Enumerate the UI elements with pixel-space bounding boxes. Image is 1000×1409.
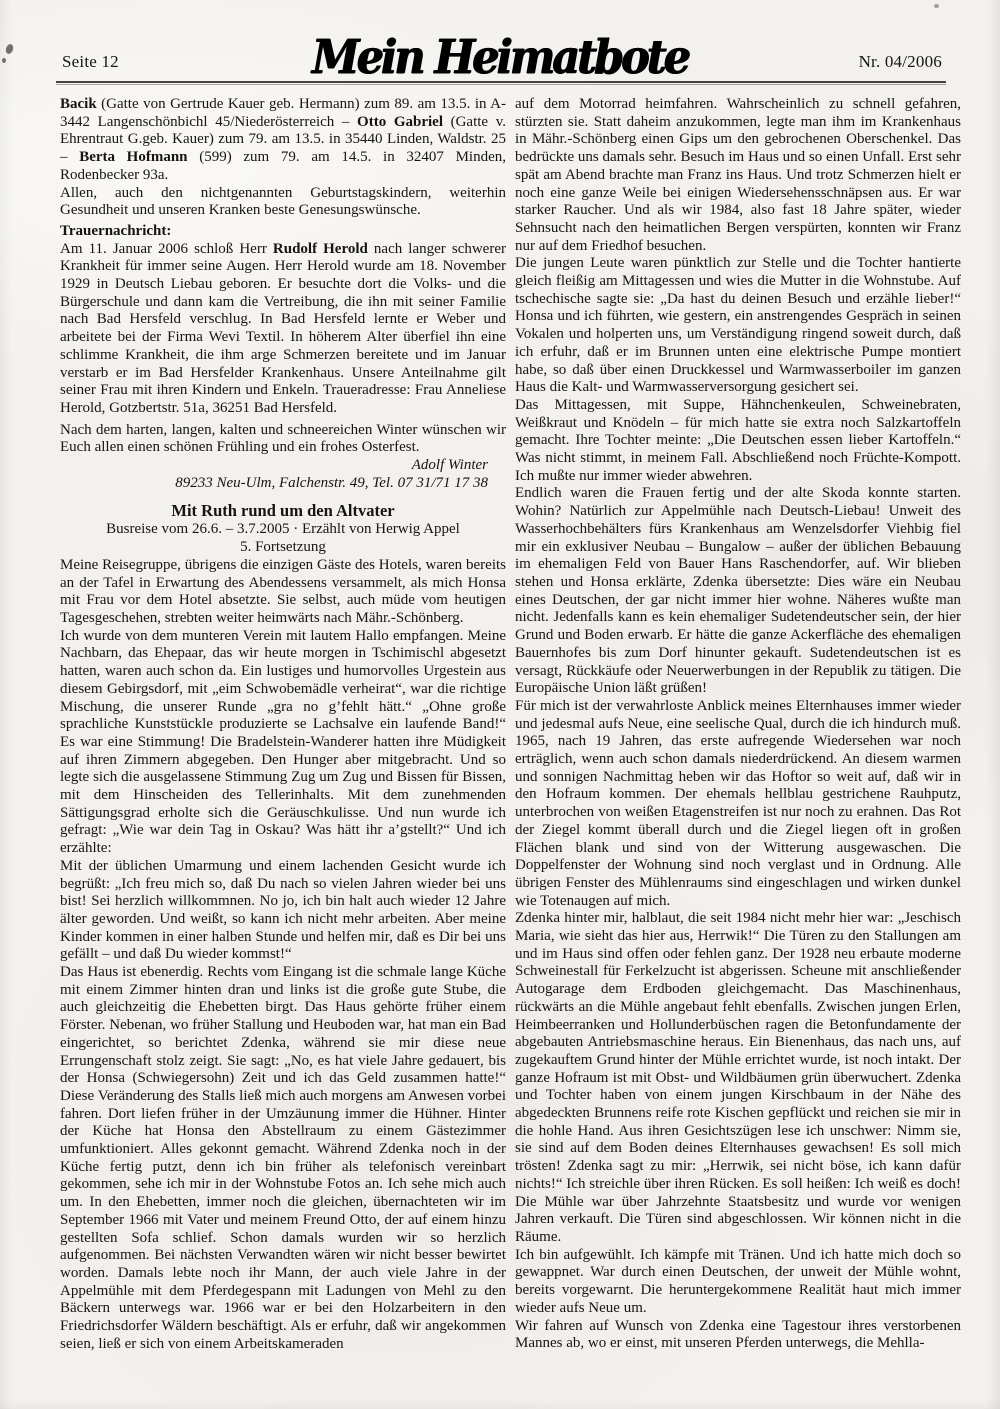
- header-divider: [56, 81, 946, 85]
- page-header: Seite 12 Mein Heimatbote Nr. 04/2006: [0, 0, 1000, 81]
- issue-number-label: Nr. 04/2006: [859, 52, 942, 72]
- paragraph: Das Haus ist ebenerdig. Rechts vom Einga…: [60, 964, 506, 1353]
- subheading-paragraph: 5. Fortsetzung: [60, 539, 506, 557]
- masthead-title: Mein Heimatbote: [0, 35, 1000, 81]
- paragraph: Für mich ist der verwahrloste Anblick me…: [515, 698, 961, 910]
- label-paragraph: Trauernachricht:: [60, 223, 506, 241]
- paragraph: Ich bin aufgewühlt. Ich kämpfe mit Träne…: [515, 1247, 961, 1318]
- paragraph: Die jungen Leute waren pünktlich zur Ste…: [515, 255, 961, 397]
- paragraph: Mit der üblichen Umarmung und einem lach…: [60, 858, 506, 964]
- paragraph: Nach dem harten, langen, kalten und schn…: [60, 422, 506, 457]
- article-body: Bacik (Gatte von Gertrude Kauer geb. Her…: [60, 96, 961, 1354]
- paragraph: auf dem Motorrad heimfahren. Wahrscheinl…: [515, 96, 961, 255]
- paragraph: Meine Reisegruppe, übrigens die einzigen…: [60, 557, 506, 628]
- paragraph: Am 11. Januar 2006 schloß Herr Rudolf He…: [60, 241, 506, 418]
- paragraph: Ich wurde von dem munteren Verein mit la…: [60, 628, 506, 858]
- signature-paragraph: 89233 Neu-Ulm, Falchenstr. 49, Tel. 07 3…: [60, 475, 506, 493]
- column-left: Bacik (Gatte von Gertrude Kauer geb. Her…: [60, 96, 506, 1354]
- paragraph: Zdenka hinter mir, halblaut, die seit 19…: [515, 910, 961, 1246]
- signature-paragraph: Adolf Winter: [60, 457, 506, 475]
- heading-paragraph: Mit Ruth rund um den Altvater: [60, 501, 506, 520]
- paragraph: Bacik (Gatte von Gertrude Kauer geb. Her…: [60, 96, 506, 185]
- newspaper-page: Seite 12 Mein Heimatbote Nr. 04/2006 Bac…: [0, 0, 1000, 1409]
- paragraph: Endlich waren die Frauen fertig und der …: [515, 485, 961, 697]
- paragraph: Wir fahren auf Wunsch von Zdenka eine Ta…: [515, 1318, 961, 1353]
- paragraph: Das Mittagessen, mit Suppe, Hähnchenkeul…: [515, 397, 961, 486]
- paragraph: Allen, auch den nichtgenannten Geburtsta…: [60, 185, 506, 220]
- column-right: auf dem Motorrad heimfahren. Wahrscheinl…: [515, 96, 961, 1353]
- subheading-paragraph: Busreise vom 26.6. – 3.7.2005 · Erzählt …: [60, 521, 506, 539]
